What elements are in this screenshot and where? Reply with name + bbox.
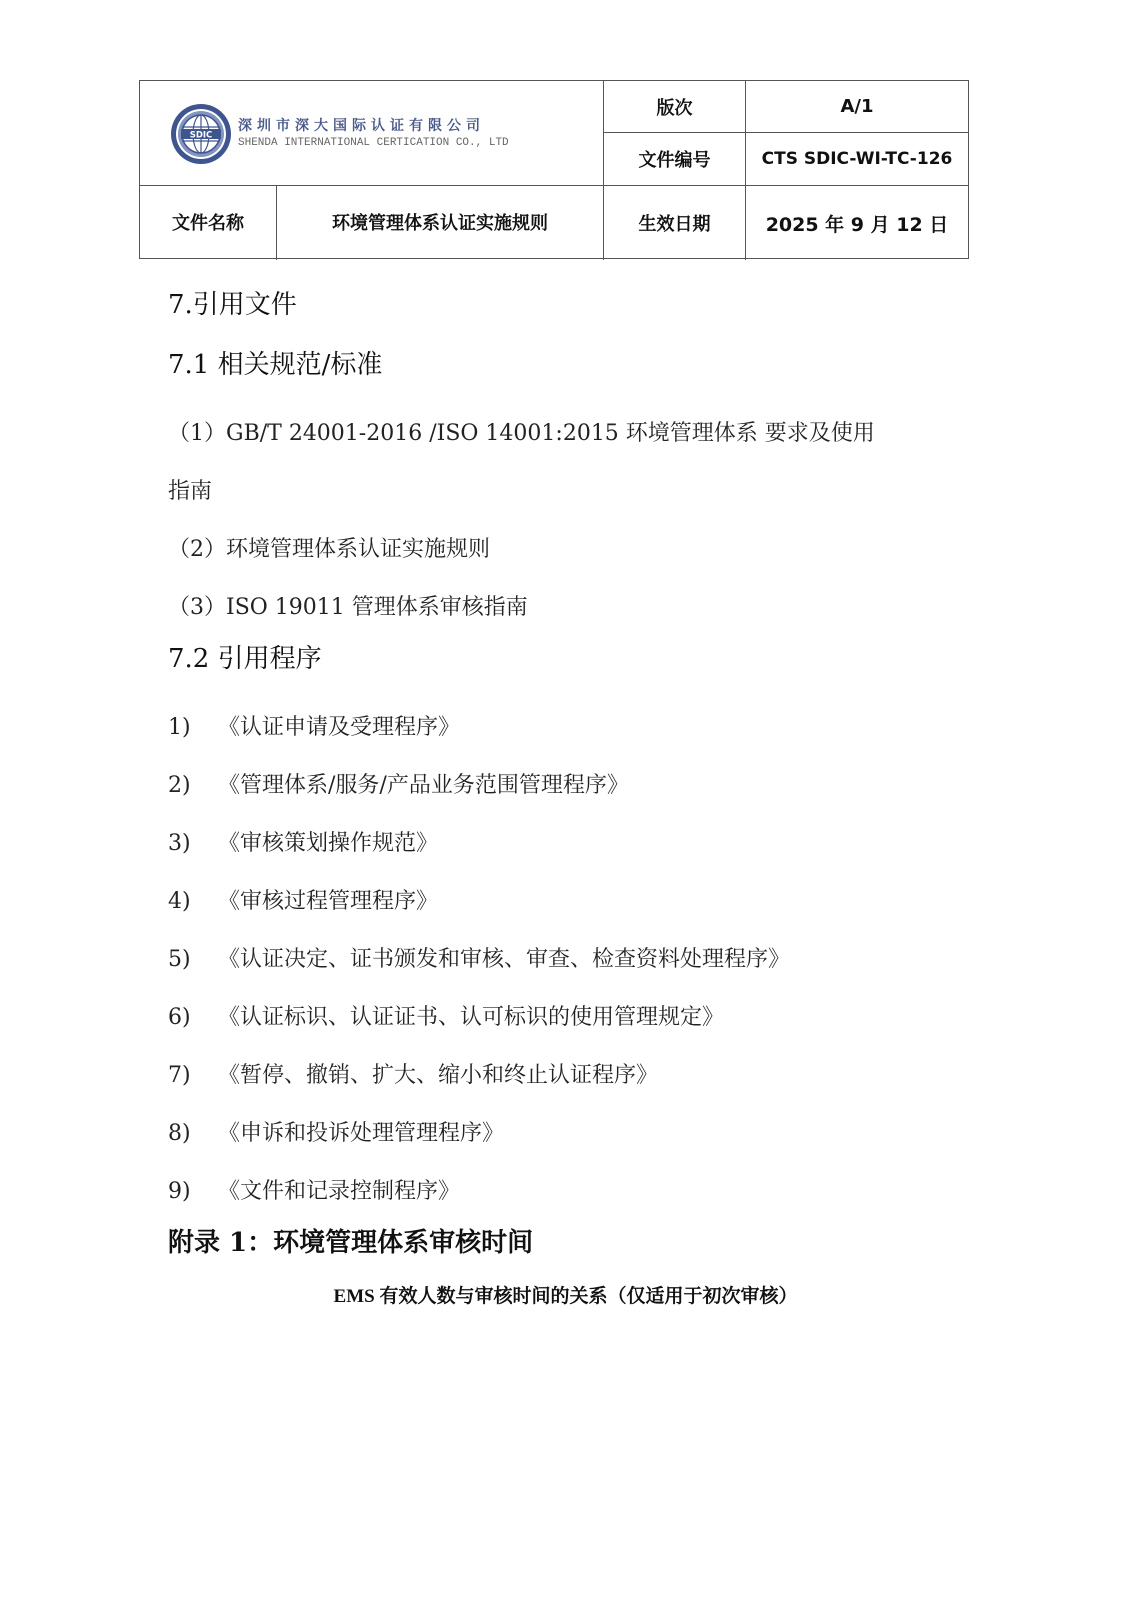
doc-no-label: 文件编号 bbox=[604, 133, 745, 185]
sdic-logo-icon: SDIC bbox=[170, 103, 232, 165]
item-text: 《审核策划操作规范》 bbox=[218, 831, 438, 856]
appendix-title: 附录 1：环境管理体系审核时间 bbox=[168, 1222, 533, 1259]
procedure-item: 5)《认证决定、证书颁发和审核、审查、检查资料处理程序》 bbox=[168, 942, 790, 973]
doc-no-value: CTS SDIC-WI-TC-126 bbox=[746, 133, 968, 185]
company-name-cn: 深圳市深大国际认证有限公司 bbox=[238, 117, 509, 135]
standard-item-3: （3）ISO 19011 管理体系审核指南 bbox=[168, 590, 528, 621]
doc-name-label: 文件名称 bbox=[140, 186, 276, 258]
item-text: 《审核过程管理程序》 bbox=[218, 889, 438, 914]
effective-date-value: 2025 年 9 月 12 日 bbox=[746, 186, 968, 260]
procedure-item: 7)《暂停、撤销、扩大、缩小和终止认证程序》 bbox=[168, 1058, 658, 1089]
procedure-item: 4)《审核过程管理程序》 bbox=[168, 884, 438, 915]
item-text: 《认证决定、证书颁发和审核、审查、检查资料处理程序》 bbox=[218, 947, 790, 972]
item-number: 3) bbox=[168, 831, 218, 856]
svg-text:SDIC: SDIC bbox=[190, 131, 213, 141]
company-logo-block: SDIC 深圳市深大国际认证有限公司 SHENDA INTERNATIONAL … bbox=[170, 103, 509, 165]
standard-item-2: （2）环境管理体系认证实施规则 bbox=[168, 532, 490, 563]
subsection-title: 7.1 相关规范/标准 bbox=[168, 344, 382, 381]
subsection-title: 7.2 引用程序 bbox=[168, 638, 322, 675]
procedure-item: 6)《认证标识、认证证书、认可标识的使用管理规定》 bbox=[168, 1000, 724, 1031]
company-name-en: SHENDA INTERNATIONAL CERTICATION CO., LT… bbox=[238, 135, 509, 151]
section-title: 7.引用文件 bbox=[168, 284, 297, 321]
item-number: 5) bbox=[168, 947, 218, 972]
procedure-item: 3)《审核策划操作规范》 bbox=[168, 826, 438, 857]
procedure-item: 2)《管理体系/服务/产品业务范围管理程序》 bbox=[168, 768, 629, 799]
item-number: 2) bbox=[168, 773, 218, 798]
procedure-item: 9)《文件和记录控制程序》 bbox=[168, 1174, 460, 1205]
version-label: 版次 bbox=[604, 81, 745, 132]
item-text: 《认证申请及受理程序》 bbox=[218, 715, 460, 740]
item-number: 9) bbox=[168, 1179, 218, 1204]
doc-name-value: 环境管理体系认证实施规则 bbox=[277, 186, 603, 258]
version-value: A/1 bbox=[746, 81, 968, 132]
item-number: 1) bbox=[168, 715, 218, 740]
item-text: 《管理体系/服务/产品业务范围管理程序》 bbox=[218, 773, 629, 798]
procedure-item: 8)《申诉和投诉处理管理程序》 bbox=[168, 1116, 504, 1147]
item-number: 4) bbox=[168, 889, 218, 914]
item-text: 《文件和记录控制程序》 bbox=[218, 1179, 460, 1204]
item-number: 8) bbox=[168, 1121, 218, 1146]
item-text: 《暂停、撤销、扩大、缩小和终止认证程序》 bbox=[218, 1063, 658, 1088]
standard-item-1: （1）GB/T 24001-2016 /ISO 14001:2015 环境管理体… bbox=[168, 416, 875, 447]
item-number: 6) bbox=[168, 1005, 218, 1030]
table-caption: EMS 有效人数与审核时间的关系（仅适用于初次审核） bbox=[0, 1281, 1131, 1308]
document-header-table: SDIC 深圳市深大国际认证有限公司 SHENDA INTERNATIONAL … bbox=[139, 80, 969, 259]
standard-item-1-cont: 指南 bbox=[168, 474, 212, 505]
effective-date-label: 生效日期 bbox=[604, 186, 745, 260]
item-text: 《申诉和投诉处理管理程序》 bbox=[218, 1121, 504, 1146]
procedure-item: 1)《认证申请及受理程序》 bbox=[168, 710, 460, 741]
item-number: 7) bbox=[168, 1063, 218, 1088]
item-text: 《认证标识、认证证书、认可标识的使用管理规定》 bbox=[218, 1005, 724, 1030]
